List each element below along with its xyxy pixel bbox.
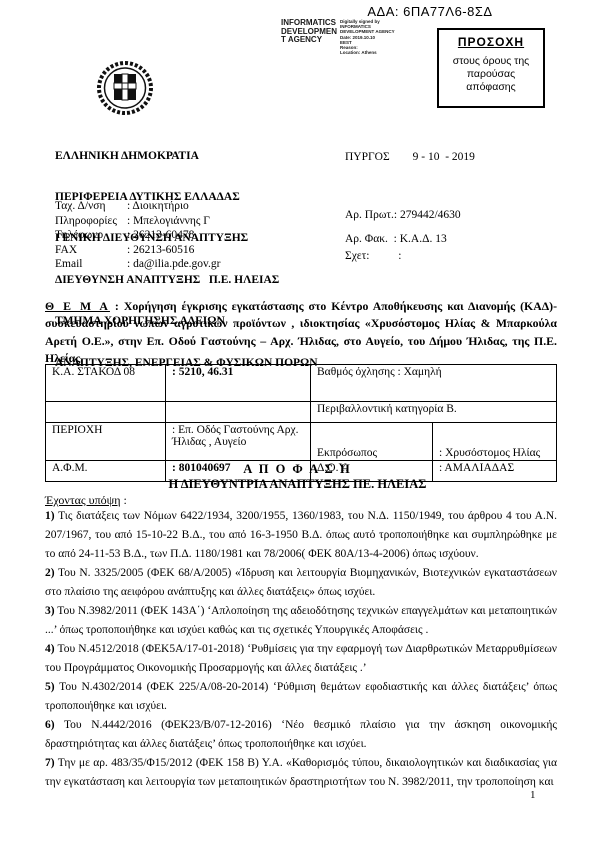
ada-code: ΑΔΑ: 6ΠΑ77Λ6-8ΣΔ <box>280 4 580 19</box>
decision-heading: Α Π Ο Φ Α Σ Η Η ΔΙΕΥΘΥΝΤΡΙΑ ΑΝΑΠΤΥΞΗΣ ΠΕ… <box>0 462 595 492</box>
legal-item-6: 6) Του Ν.4442/2016 (ΦΕΚ23/Β/07-12-2016) … <box>45 716 557 754</box>
table-row: ΠΕΡΙΟΧΗ : Επ. Οδός Γαστούνης Αρχ. Ήλιδας… <box>46 423 557 461</box>
subject-paragraph: Θ Ε Μ Α : Χορήγηση έγκρισης εγκατάστασης… <box>45 298 557 368</box>
greek-emblem-icon <box>94 60 156 120</box>
letterhead-line: ΔΙΕΥΘΥΝΣΗ ΑΝΑΠΤΥΞΗΣ Π.Ε. ΗΛΕΙΑΣ <box>55 274 318 288</box>
related-ref: Σχετ: : <box>345 250 461 264</box>
letterhead-line: ΕΛΛΗΝΙΚΗ ΔΗΜΟΚΡΑΤΙΑ <box>55 150 318 164</box>
attention-box: ΠΡΟΣΟΧΗ στους όρους της παρούσας απόφαση… <box>437 28 545 108</box>
table-row: Κ.Α. ΣΤΑΚΟΔ 08 : 5210, 46.31 Βαθμός όχλη… <box>46 365 557 402</box>
stakod-label: Κ.Α. ΣΤΑΚΟΔ 08 <box>46 365 166 402</box>
attention-body: στους όρους της παρούσας απόφασης <box>439 55 543 94</box>
representative-value: : Χρυσόστομος Ηλίας <box>433 423 557 461</box>
decision-title: Α Π Ο Φ Α Σ Η <box>0 462 595 477</box>
stakod-value: : 5210, 46.31 <box>166 365 311 402</box>
subject-label: Θ Ε Μ Α <box>45 299 110 313</box>
contact-row-address: Ταχ. Δ/νση: Διοικητήριο <box>55 199 221 214</box>
contact-row-info: Πληροφορίες: Μπελογιάννης Γ <box>55 214 221 229</box>
contact-block: Ταχ. Δ/νση: Διοικητήριο Πληροφορίες: Μπε… <box>55 199 221 272</box>
region-label: ΠΕΡΙΟΧΗ <box>46 423 166 461</box>
contact-row-email: Email: da@ilia.pde.gov.gr <box>55 257 221 272</box>
protocol-number: Αρ. Πρωτ.: 279442/4630 <box>345 209 461 223</box>
legal-item-1: 1) Τις διατάξεις των Νόμων 6422/1934, 32… <box>45 507 557 564</box>
legal-item-7: 7) Την με αρ. 483/35/Φ15/2012 (ΦΕΚ 158 Β… <box>45 754 557 792</box>
legal-item-2: 2) Του Ν. 3325/2005 (ΦΕΚ 68/Α/2005) «Ίδρ… <box>45 564 557 602</box>
contact-row-fax: FAX: 26213-60516 <box>55 243 221 258</box>
legal-item-3: 3) Του Ν.3982/2011 (ΦΕΚ 143Α΄) ‘Απλοποίη… <box>45 602 557 640</box>
table-row: Περιβαλλοντική κατηγορία Β. <box>46 402 557 423</box>
digital-signature-stamp: INFORMATICS DEVELOPMEN T AGENCY Digitall… <box>281 19 395 55</box>
stamp-agency-name: INFORMATICS DEVELOPMEN T AGENCY <box>281 19 337 55</box>
page-number: 1 <box>530 789 536 801</box>
having-regard: Έχοντας υπόψη : <box>45 493 127 508</box>
representative-label: Εκπρόσωπος <box>311 423 433 461</box>
legal-basis-list: 1) Τις διατάξεις των Νόμων 6422/1934, 32… <box>45 507 557 792</box>
region-value: : Επ. Οδός Γαστούνης Αρχ. Ήλιδας , Αυγεί… <box>166 423 311 461</box>
decision-subtitle: Η ΔΙΕΥΘΥΝΤΡΙΑ ΑΝΑΠΤΥΞΗΣ ΠΕ. ΗΛΕΙΑΣ <box>0 477 595 492</box>
file-reference: Αρ. Φακ. : Κ.Α.Δ. 13 <box>345 233 447 245</box>
attention-title: ΠΡΟΣΟΧΗ <box>439 35 543 49</box>
legal-item-4: 4) Του Ν.4512/2018 (ΦΕΚ5Α/17-01-2018) ‘Ρ… <box>45 640 557 678</box>
environmental-category: Περιβαλλοντική κατηγορία Β. <box>311 402 557 423</box>
contact-row-phone: Τηλέφωνο: 26213-60478 <box>55 228 221 243</box>
city-and-date: ΠΥΡΓΟΣ 9 - 10 - 2019 <box>345 151 475 163</box>
document-page: ΑΔΑ: 6ΠΑ77Λ6-8ΣΔ INFORMATICS DEVELOPMEN … <box>0 0 595 842</box>
stamp-signature-details: Digitally signed by INFORMATICS DEVELOPM… <box>340 19 395 55</box>
nuisance-level: Βαθμός όχλησης : Χαμηλή <box>311 365 557 402</box>
legal-item-5: 5) Του Ν.4302/2014 (ΦΕΚ 225/Α/08-20-2014… <box>45 678 557 716</box>
